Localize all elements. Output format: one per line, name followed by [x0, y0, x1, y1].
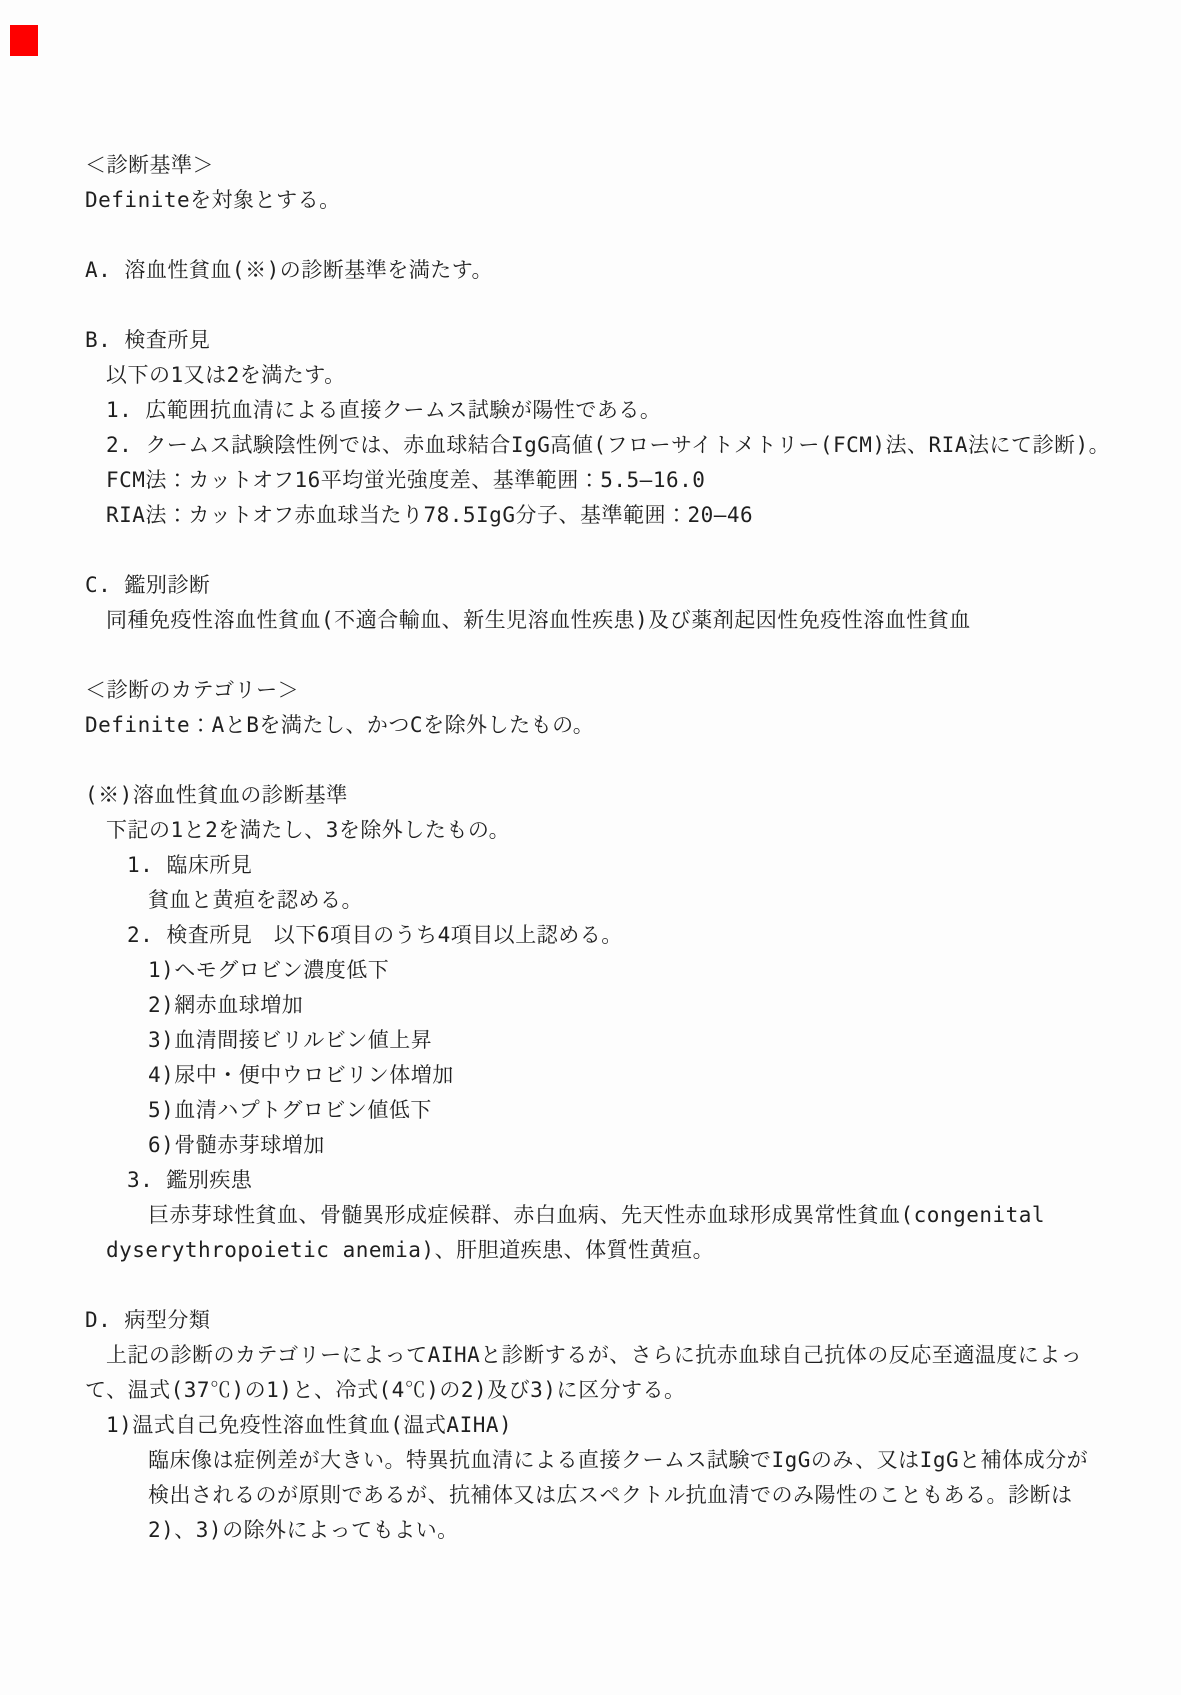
doc-line: ＜診断のカテゴリー＞: [85, 673, 1161, 708]
doc-line: 1. 臨床所見: [85, 848, 1161, 883]
document-text-block: ＜診断基準＞Definiteを対象とする。 A. 溶血性貧血(※)の診断基準を満…: [85, 148, 1161, 1548]
doc-line: 2. クームス試験陰性例では、赤血球結合IgG高値(フローサイトメトリー(FCM…: [85, 428, 1161, 463]
doc-line: 2. 検査所見 以下6項目のうち4項目以上認める。: [85, 918, 1161, 953]
doc-line: 貧血と黄疸を認める。: [85, 883, 1161, 918]
doc-line: (※)溶血性貧血の診断基準: [85, 778, 1161, 813]
doc-line: 上記の診断のカテゴリーによってAIHAと診断するが、さらに抗赤血球自己抗体の反応…: [85, 1338, 1161, 1373]
doc-line: 下記の1と2を満たし、3を除外したもの。: [85, 813, 1161, 848]
doc-line: 1. 広範囲抗血清による直接クームス試験が陽性である。: [85, 393, 1161, 428]
doc-line: 臨床像は症例差が大きい。特異抗血清による直接クームス試験でIgGのみ、又はIgG…: [85, 1443, 1161, 1478]
doc-line: RIA法：カットオフ赤血球当たり78.5IgG分子、基準範囲：20—46: [85, 498, 1161, 533]
doc-line: dyserythropoietic anemia)、肝胆道疾患、体質性黄疸。: [85, 1233, 1161, 1268]
doc-line: 以下の1又は2を満たす。: [85, 358, 1161, 393]
doc-line: 6)骨髄赤芽球増加: [85, 1128, 1161, 1163]
document-page: ＜診断基準＞Definiteを対象とする。 A. 溶血性貧血(※)の診断基準を満…: [0, 0, 1181, 1695]
doc-line: [85, 743, 1161, 778]
doc-line: [85, 1268, 1161, 1303]
doc-line: A. 溶血性貧血(※)の診断基準を満たす。: [85, 253, 1161, 288]
doc-line: 3)血清間接ビリルビン値上昇: [85, 1023, 1161, 1058]
doc-line: 2)、3)の除外によってもよい。: [85, 1513, 1161, 1548]
doc-line: [85, 218, 1161, 253]
doc-line: Definite：AとBを満たし、かつCを除外したもの。: [85, 708, 1161, 743]
doc-line: 1)ヘモグロビン濃度低下: [85, 953, 1161, 988]
doc-line: 巨赤芽球性貧血、骨髄異形成症候群、赤白血病、先天性赤血球形成異常性貧血(cong…: [85, 1198, 1161, 1233]
doc-line: Definiteを対象とする。: [85, 183, 1161, 218]
doc-line: 2)網赤血球増加: [85, 988, 1161, 1023]
doc-line: C. 鑑別診断: [85, 568, 1161, 603]
red-stamp-marker: [10, 25, 38, 56]
doc-line: 同種免疫性溶血性貧血(不適合輸血、新生児溶血性疾患)及び薬剤起因性免疫性溶血性貧…: [85, 603, 1161, 638]
doc-line: 5)血清ハプトグロビン値低下: [85, 1093, 1161, 1128]
doc-line: [85, 533, 1161, 568]
doc-line: て、温式(37℃)の1)と、冷式(4℃)の2)及び3)に区分する。: [85, 1373, 1161, 1408]
doc-line: [85, 638, 1161, 673]
doc-line: FCM法：カットオフ16平均蛍光強度差、基準範囲：5.5—16.0: [85, 463, 1161, 498]
doc-line: [85, 288, 1161, 323]
doc-line: 検出されるのが原則であるが、抗補体又は広スペクトル抗血清でのみ陽性のこともある。…: [85, 1478, 1161, 1513]
doc-line: ＜診断基準＞: [85, 148, 1161, 183]
doc-line: D. 病型分類: [85, 1303, 1161, 1338]
doc-line: 3. 鑑別疾患: [85, 1163, 1161, 1198]
doc-line: B. 検査所見: [85, 323, 1161, 358]
doc-line: 1)温式自己免疫性溶血性貧血(温式AIHA): [85, 1408, 1161, 1443]
doc-line: 4)尿中・便中ウロビリン体増加: [85, 1058, 1161, 1093]
